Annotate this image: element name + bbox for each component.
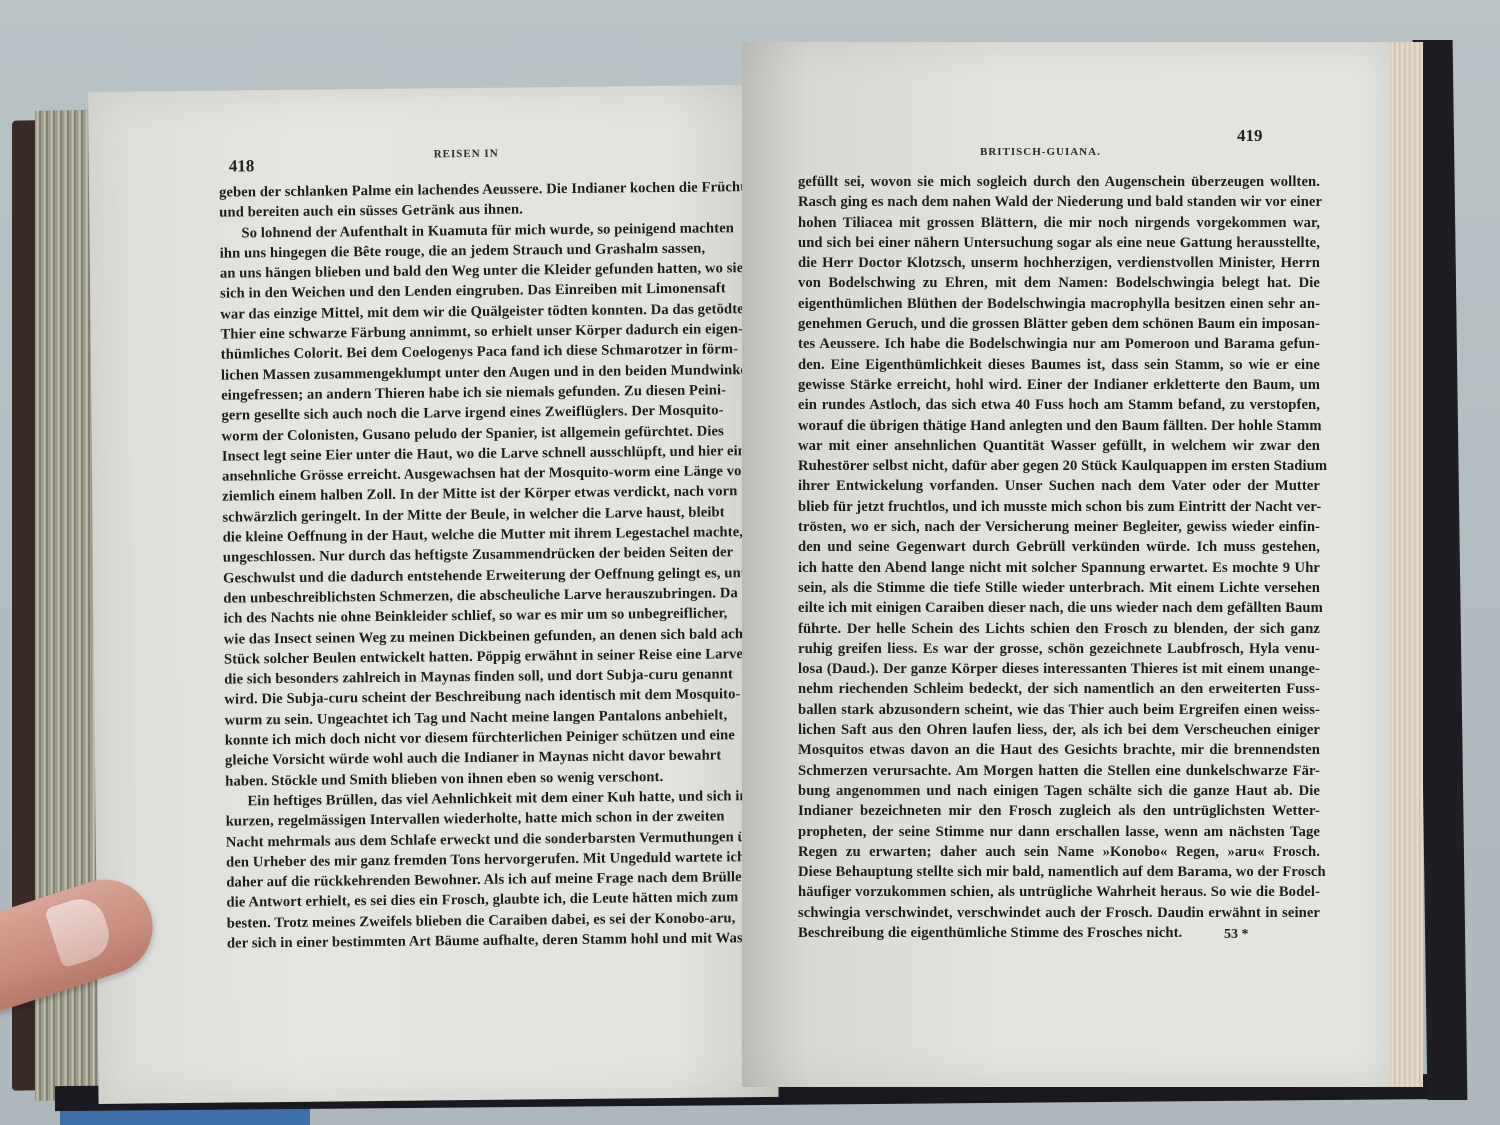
open-book-photo: 418 REISEN IN geben der schlanken Palme …: [0, 0, 1500, 1125]
page-body-text: geben der schlanken Palme ein lachendes …: [219, 178, 707, 954]
text-line: hohen Tiliacea mit grossen Blättern, die…: [798, 213, 1320, 233]
text-line: propheten, der seine Stimme nur dann ers…: [798, 822, 1320, 842]
thumbnail-nail: [44, 893, 115, 969]
page-body-text: gefüllt sei, wovon sie mich sogleich dur…: [798, 172, 1320, 943]
text-line: Mosquitos etwas davon an die Haut des Ge…: [798, 740, 1320, 760]
text-line: gefüllt sei, wovon sie mich sogleich dur…: [798, 172, 1320, 192]
text-line: Regen zu erwarten; daher auch sein Name …: [798, 842, 1320, 862]
text-line: ihrer Entwickelung vorfanden. Unser Such…: [798, 476, 1320, 496]
text-line: führte. Der helle Schein des Lichts schi…: [798, 619, 1320, 639]
text-line: die Herr Doctor Klotzsch, unserm hochher…: [798, 253, 1320, 273]
text-line: den und seine Gegenwart durch Gebrüll ve…: [798, 537, 1320, 557]
text-line: häufiger vorzukommen schien, als untrügl…: [798, 882, 1320, 902]
text-line: losa (Daud.). Der ganze Körper dieses in…: [798, 659, 1320, 679]
page-number: 419: [1237, 126, 1263, 146]
text-line: Ruhestörer selbst nicht, dafür aber gege…: [798, 456, 1320, 476]
text-line: gewisse Stärke erreicht, hohl wird. Eine…: [798, 375, 1320, 395]
text-line: ballen stark abzusondern scheint, wie da…: [798, 700, 1320, 720]
left-page: 418 REISEN IN geben der schlanken Palme …: [88, 85, 779, 1104]
text-line: ich hatte den Abend lange nicht mit solc…: [798, 558, 1320, 578]
text-line: sein, als die Stimme die tiefe Stille wi…: [798, 578, 1320, 598]
text-line: Rasch ging es nach dem nahen Wald der Ni…: [798, 192, 1320, 212]
page-number: 418: [229, 156, 255, 176]
text-line: nehm riechenden Schleim bedeckt, der sic…: [798, 679, 1320, 699]
signature-mark: 53 *: [1224, 927, 1249, 943]
text-line: den. Eine Eigenthümlichkeit dieses Baume…: [798, 355, 1320, 375]
text-line: blieb für jetzt fruchtlos, und ich musst…: [798, 497, 1320, 517]
text-line: war mit einer ansehnlichen Quantität Was…: [798, 436, 1320, 456]
text-line: schwingia verschwindet, verschwindet auc…: [798, 903, 1320, 923]
text-line: genehmen Geruch, und die grossen Blätter…: [798, 314, 1320, 334]
text-line: eigenthümlichen Blüthen der Bodelschwing…: [798, 294, 1320, 314]
running-head: REISEN IN: [434, 148, 499, 161]
text-line: und sich bei einer nähern Untersuchung s…: [798, 233, 1320, 253]
right-page: BRITISCH-GUIANA. 419 gefüllt sei, wovon …: [742, 42, 1390, 1087]
text-line: ein rundes Astloch, das sich etwa 40 Fus…: [798, 395, 1320, 415]
text-line: tes Aeussere. Ich habe die Bodelschwingi…: [798, 334, 1320, 354]
text-line: trösten, wo er sich, nach der Versicheru…: [798, 517, 1320, 537]
text-line: von Bodelschwing zu Ehren, mit dem Namen…: [798, 273, 1320, 293]
text-line: worauf die übrigen thätige Hand anlegten…: [798, 416, 1320, 436]
running-head: BRITISCH-GUIANA.: [980, 146, 1101, 158]
text-line: bung angenommen und nach einigen Tagen s…: [798, 781, 1320, 801]
text-line: lichen Saft aus den Ohren laufen liess, …: [798, 720, 1320, 740]
text-line: ruhig greifen liess. Es war der grosse, …: [798, 639, 1320, 659]
text-line: eilte ich mit einigen Caraiben dieser na…: [798, 598, 1320, 618]
text-line: der sich in einer bestimmten Art Bäume a…: [227, 929, 707, 954]
text-line: Diese Behauptung stellte sich mir bald, …: [798, 862, 1320, 882]
text-line: Schmerzen verursachte. Am Morgen hatten …: [798, 761, 1320, 781]
text-line: Indianer bezeichneten mir den Frosch zug…: [798, 801, 1320, 821]
page-edges-right: [1385, 42, 1423, 1087]
